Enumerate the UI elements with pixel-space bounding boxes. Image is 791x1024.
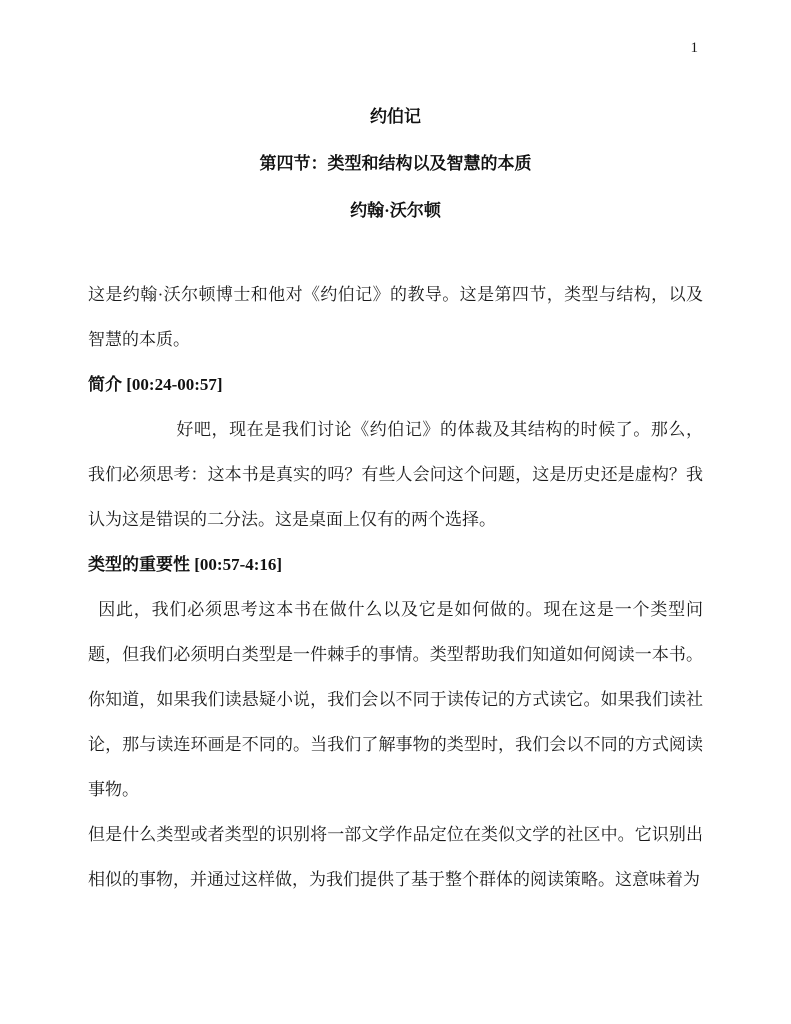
page-number: 1 bbox=[88, 38, 703, 58]
section-heading-intro: 简介 [00:24-00:57] bbox=[88, 362, 703, 407]
document-body: 这是约翰·沃尔顿博士和他对《约伯记》的教导。这是第四节，类型与结构，以及智慧的本… bbox=[88, 272, 703, 902]
doc-title: 约伯记 bbox=[88, 93, 703, 140]
section-heading-genre-importance: 类型的重要性 [00:57-4:16] bbox=[88, 542, 703, 587]
document-header: 约伯记 第四节：类型和结构以及智慧的本质 约翰·沃尔顿 bbox=[88, 93, 703, 234]
paragraph-genre-2: 但是什么类型或者类型的识别将一部文学作品定位在类似文学的社区中。它识别出相似的事… bbox=[88, 812, 703, 902]
doc-subtitle: 第四节：类型和结构以及智慧的本质 bbox=[88, 140, 703, 187]
intro-paragraph: 这是约翰·沃尔顿博士和他对《约伯记》的教导。这是第四节，类型与结构，以及智慧的本… bbox=[88, 272, 703, 362]
doc-author: 约翰·沃尔顿 bbox=[88, 187, 703, 234]
paragraph-intro-section: 好吧，现在是我们讨论《约伯记》的体裁及其结构的时候了。那么，我们必须思考：这本书… bbox=[88, 407, 703, 542]
document-page: 1 约伯记 第四节：类型和结构以及智慧的本质 约翰·沃尔顿 这是约翰·沃尔顿博士… bbox=[0, 0, 791, 1024]
paragraph-genre-1: 因此，我们必须思考这本书在做什么以及它是如何做的。现在这是一个类型问题，但我们必… bbox=[88, 587, 703, 812]
